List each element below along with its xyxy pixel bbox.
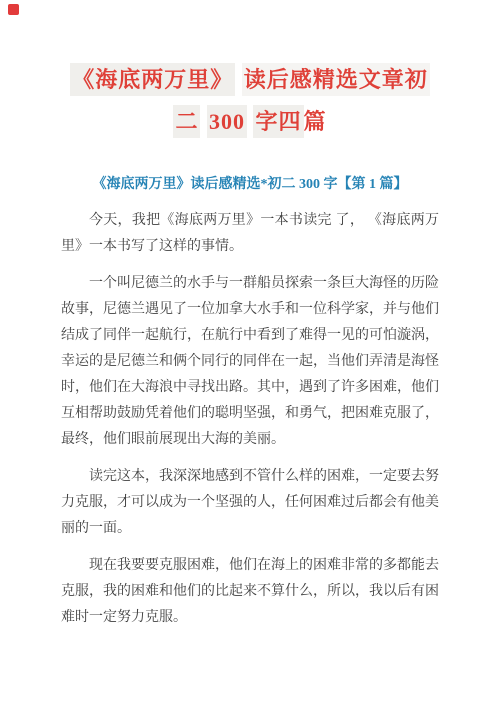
document-page: 《海底两万里》 读后感精选文章初 二 300 字四篇 《海底两万里》读后感精选*… (0, 0, 500, 708)
paragraph: 现在我要要克服困难，他们在海上的困难非常的多都能去克服，我的困难和他们的比起来不… (61, 553, 439, 631)
paragraph: 一个叫尼德兰的水手与一群船员探索一条巨大海怪的历险故事，尼德兰遇见了一位加拿大水… (61, 271, 439, 453)
article-body: 今天，我把《海底两万里》一本书读完 了， 《海底两万里》一本书写了这样的事情。 … (61, 208, 439, 631)
section-heading: 《海底两万里》读后感精选*初二 300 字【第 1 篇】 (40, 176, 460, 194)
title-highlight-segment: 字四 (253, 105, 303, 138)
paragraph: 今天，我把《海底两万里》一本书读完 了， 《海底两万里》一本书写了这样的事情。 (61, 208, 439, 260)
title-highlight-segment: 读后感精选文章初 (242, 63, 430, 96)
title-line-2: 二 300 字四篇 (30, 101, 470, 143)
title-plain-segment: 篇 (304, 109, 327, 134)
title-line-1: 《海底两万里》 读后感精选文章初 (30, 59, 470, 101)
title-highlight-segment: 300 (207, 105, 247, 138)
red-square-marker (8, 4, 19, 15)
article-title: 《海底两万里》 读后感精选文章初 二 300 字四篇 (30, 59, 470, 143)
title-highlight-segment: 二 (173, 105, 200, 138)
title-highlight-segment: 《海底两万里》 (70, 63, 235, 96)
paragraph: 读完这本，我深深地感到不管什么样的困难，一定要去努力克服，才可以成为一个坚强的人… (61, 464, 439, 542)
